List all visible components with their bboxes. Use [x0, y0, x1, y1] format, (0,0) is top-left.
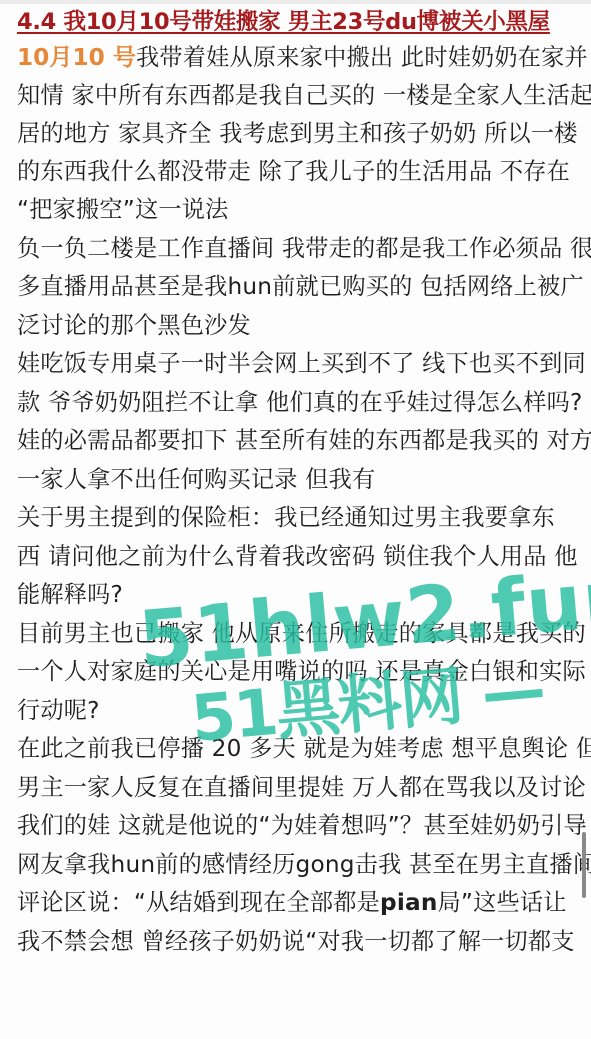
text-line: 目前男主也已搬家 他从原来住所搬走的家具都是我买的	[17, 615, 577, 653]
text-line: 男主一家人反复在直播间里提娃 万人都在骂我以及讨论	[17, 769, 577, 807]
document-page: 4.4 我10月10号带娃搬家 男主23号du博被关小黑屋 10月10 号我带着…	[0, 0, 591, 1039]
text-line: 多直播用品甚至是我hun前就已购买的 包括网络上被广	[17, 268, 577, 306]
text-line: 一个人对家庭的关心是用嘴说的吗 还是真金白银和实际	[17, 653, 577, 691]
text-line: 我不禁会想 曾经孩子奶奶说“对我一切都了解一切都支	[17, 923, 577, 961]
text-line: 评论区说：“从结婚到现在全部都是pian局”这些话让	[17, 884, 577, 922]
text-line: 网友拿我hun前的感情经历gong击我 甚至在男主直播间	[17, 846, 577, 884]
document-title: 4.4 我10月10号带娃搬家 男主23号du博被关小黑屋	[17, 3, 577, 41]
text-line: 西 请问他之前为什么背着我改密码 锁住我个人用品 他	[17, 538, 577, 576]
text-line-content: 评论区说：“从结婚到现在全部都是	[17, 889, 380, 916]
text-line: 我们的娃 这就是他说的“为娃着想吗”？甚至娃奶奶引导	[17, 807, 577, 845]
text-line: 娃的必需品都要扣下 甚至所有娃的东西都是我买的 对方	[17, 422, 577, 460]
text-line: 负一负二楼是工作直播间 我带走的都是我工作必须品 很	[17, 230, 577, 268]
text-line-content: 局”这些话让	[438, 889, 567, 916]
text-line: 行动呢?	[17, 692, 577, 730]
text-line: 款 爷爷奶奶阻拦不让拿 他们真的在乎娃过得怎么样吗?	[17, 384, 577, 422]
text-line: “把家搬空”这一说法	[17, 191, 577, 229]
text-line: 娃吃饭专用桌子一时半会网上买到不了 线下也买不到同	[17, 345, 577, 383]
text-line-content: 我带着娃从原来家中搬出 此时娃奶奶在家并	[136, 44, 588, 71]
text-line: 一家人拿不出任何购买记录 但我有	[17, 461, 577, 499]
text-line: 知情 家中所有东西都是我自己买的 一楼是全家人生活起	[17, 77, 577, 115]
text-line: 在此之前我已停播 20 多天 就是为娃考虑 想平息舆论 但	[17, 730, 577, 768]
text-line: 居的地方 家具齐全 我考虑到男主和孩子奶奶 所以一楼	[17, 115, 577, 153]
text-line: 关于男主提到的保险柜：我已经通知过男主我要拿东	[17, 499, 577, 537]
text-line: 10月10 号我带着娃从原来家中搬出 此时娃奶奶在家并	[17, 39, 577, 77]
date-highlight: 10月10 号	[17, 44, 136, 71]
text-line: 泛讨论的那个黑色沙发	[17, 307, 577, 345]
vertical-scrollbar[interactable]	[582, 832, 586, 898]
text-line: 的东西我什么都没带走 除了我儿子的生活用品 不存在	[17, 153, 577, 191]
text-line: 能解释吗?	[17, 576, 577, 614]
bold-word: pian	[380, 889, 438, 916]
